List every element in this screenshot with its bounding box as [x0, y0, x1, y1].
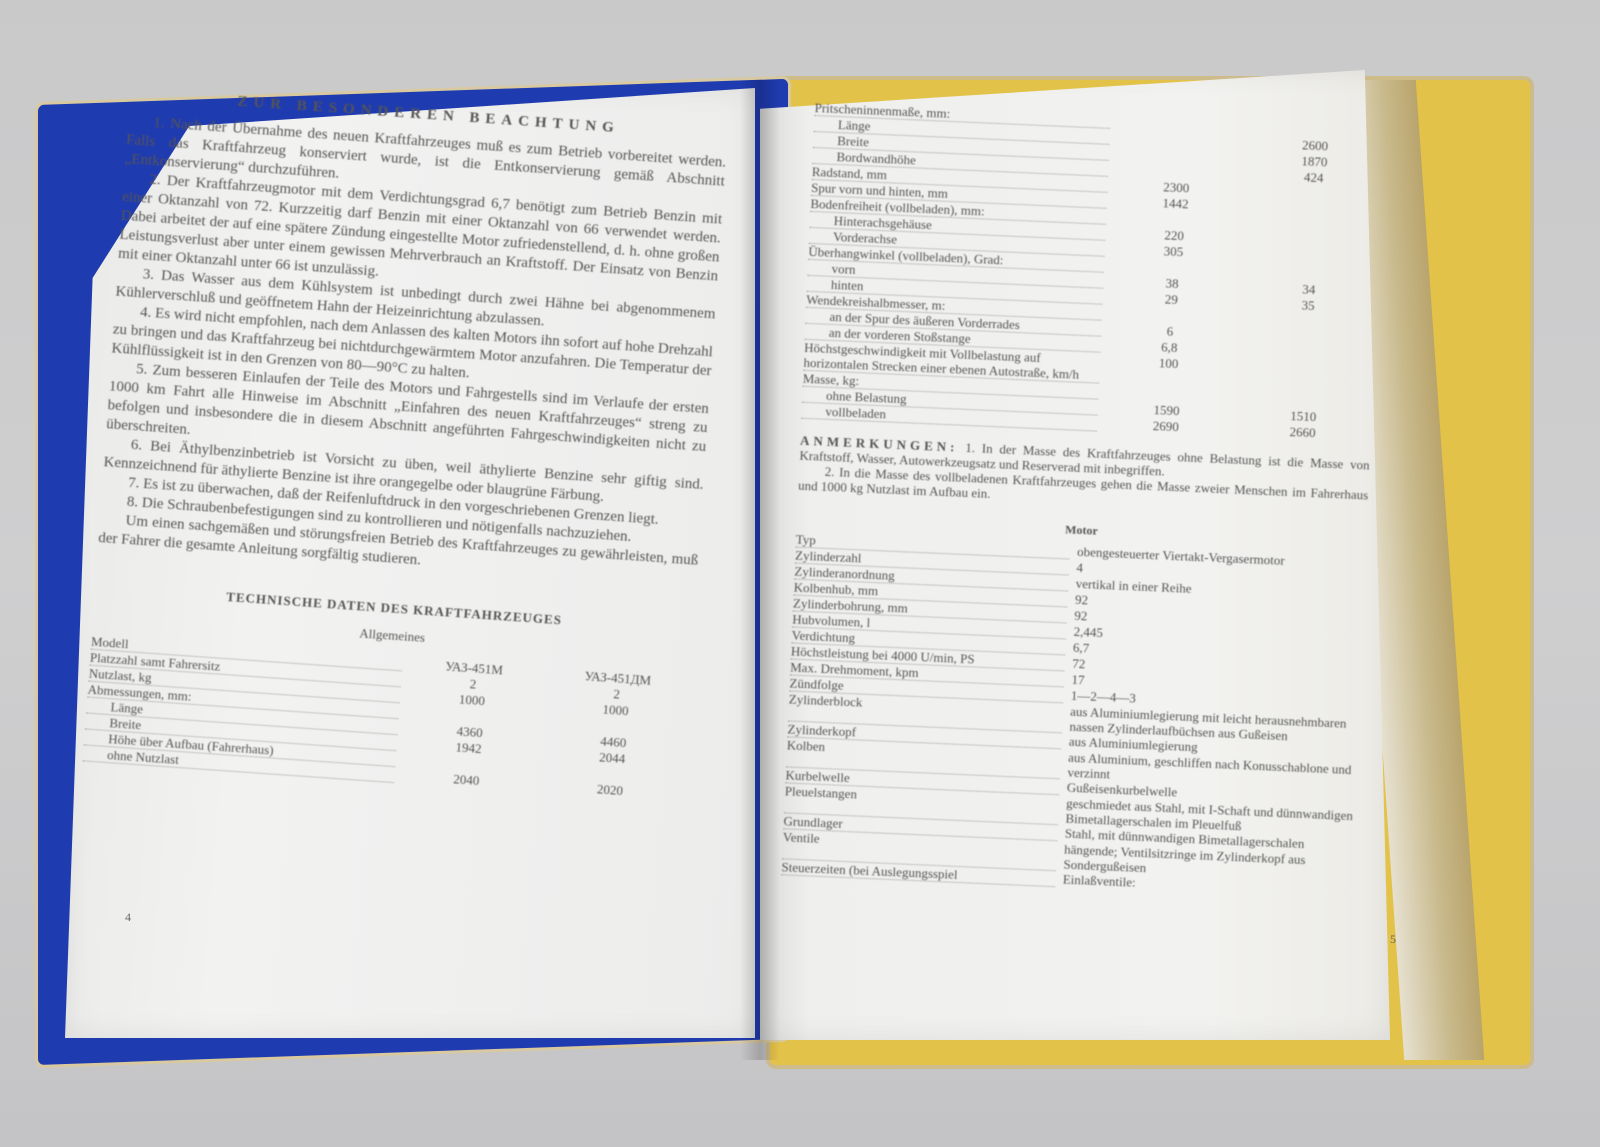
left-page-content: ZUR BESONDEREN BEACHTUNG 1. Nach der Übe… [83, 85, 729, 803]
notes-block: ANMERKUNGEN: 1. In der Masse des Kraftfa… [798, 433, 1370, 518]
motor-spec-table: Typobengesteuerter Viertakt-Vergasermoto… [781, 532, 1365, 901]
page-number-left: 4 [125, 910, 131, 925]
page-number-right: 5 [1390, 932, 1396, 947]
photo-scene: ZUR BESONDEREN BEACHTUNG 1. Nach der Übe… [0, 0, 1600, 1147]
right-page-content: Pritscheninnenmaße, mm:Länge2600Breite18… [781, 100, 1384, 900]
book-gutter [740, 80, 780, 1060]
dimensions-spec-table: Pritscheninnenmaße, mm:Länge2600Breite18… [801, 100, 1384, 444]
